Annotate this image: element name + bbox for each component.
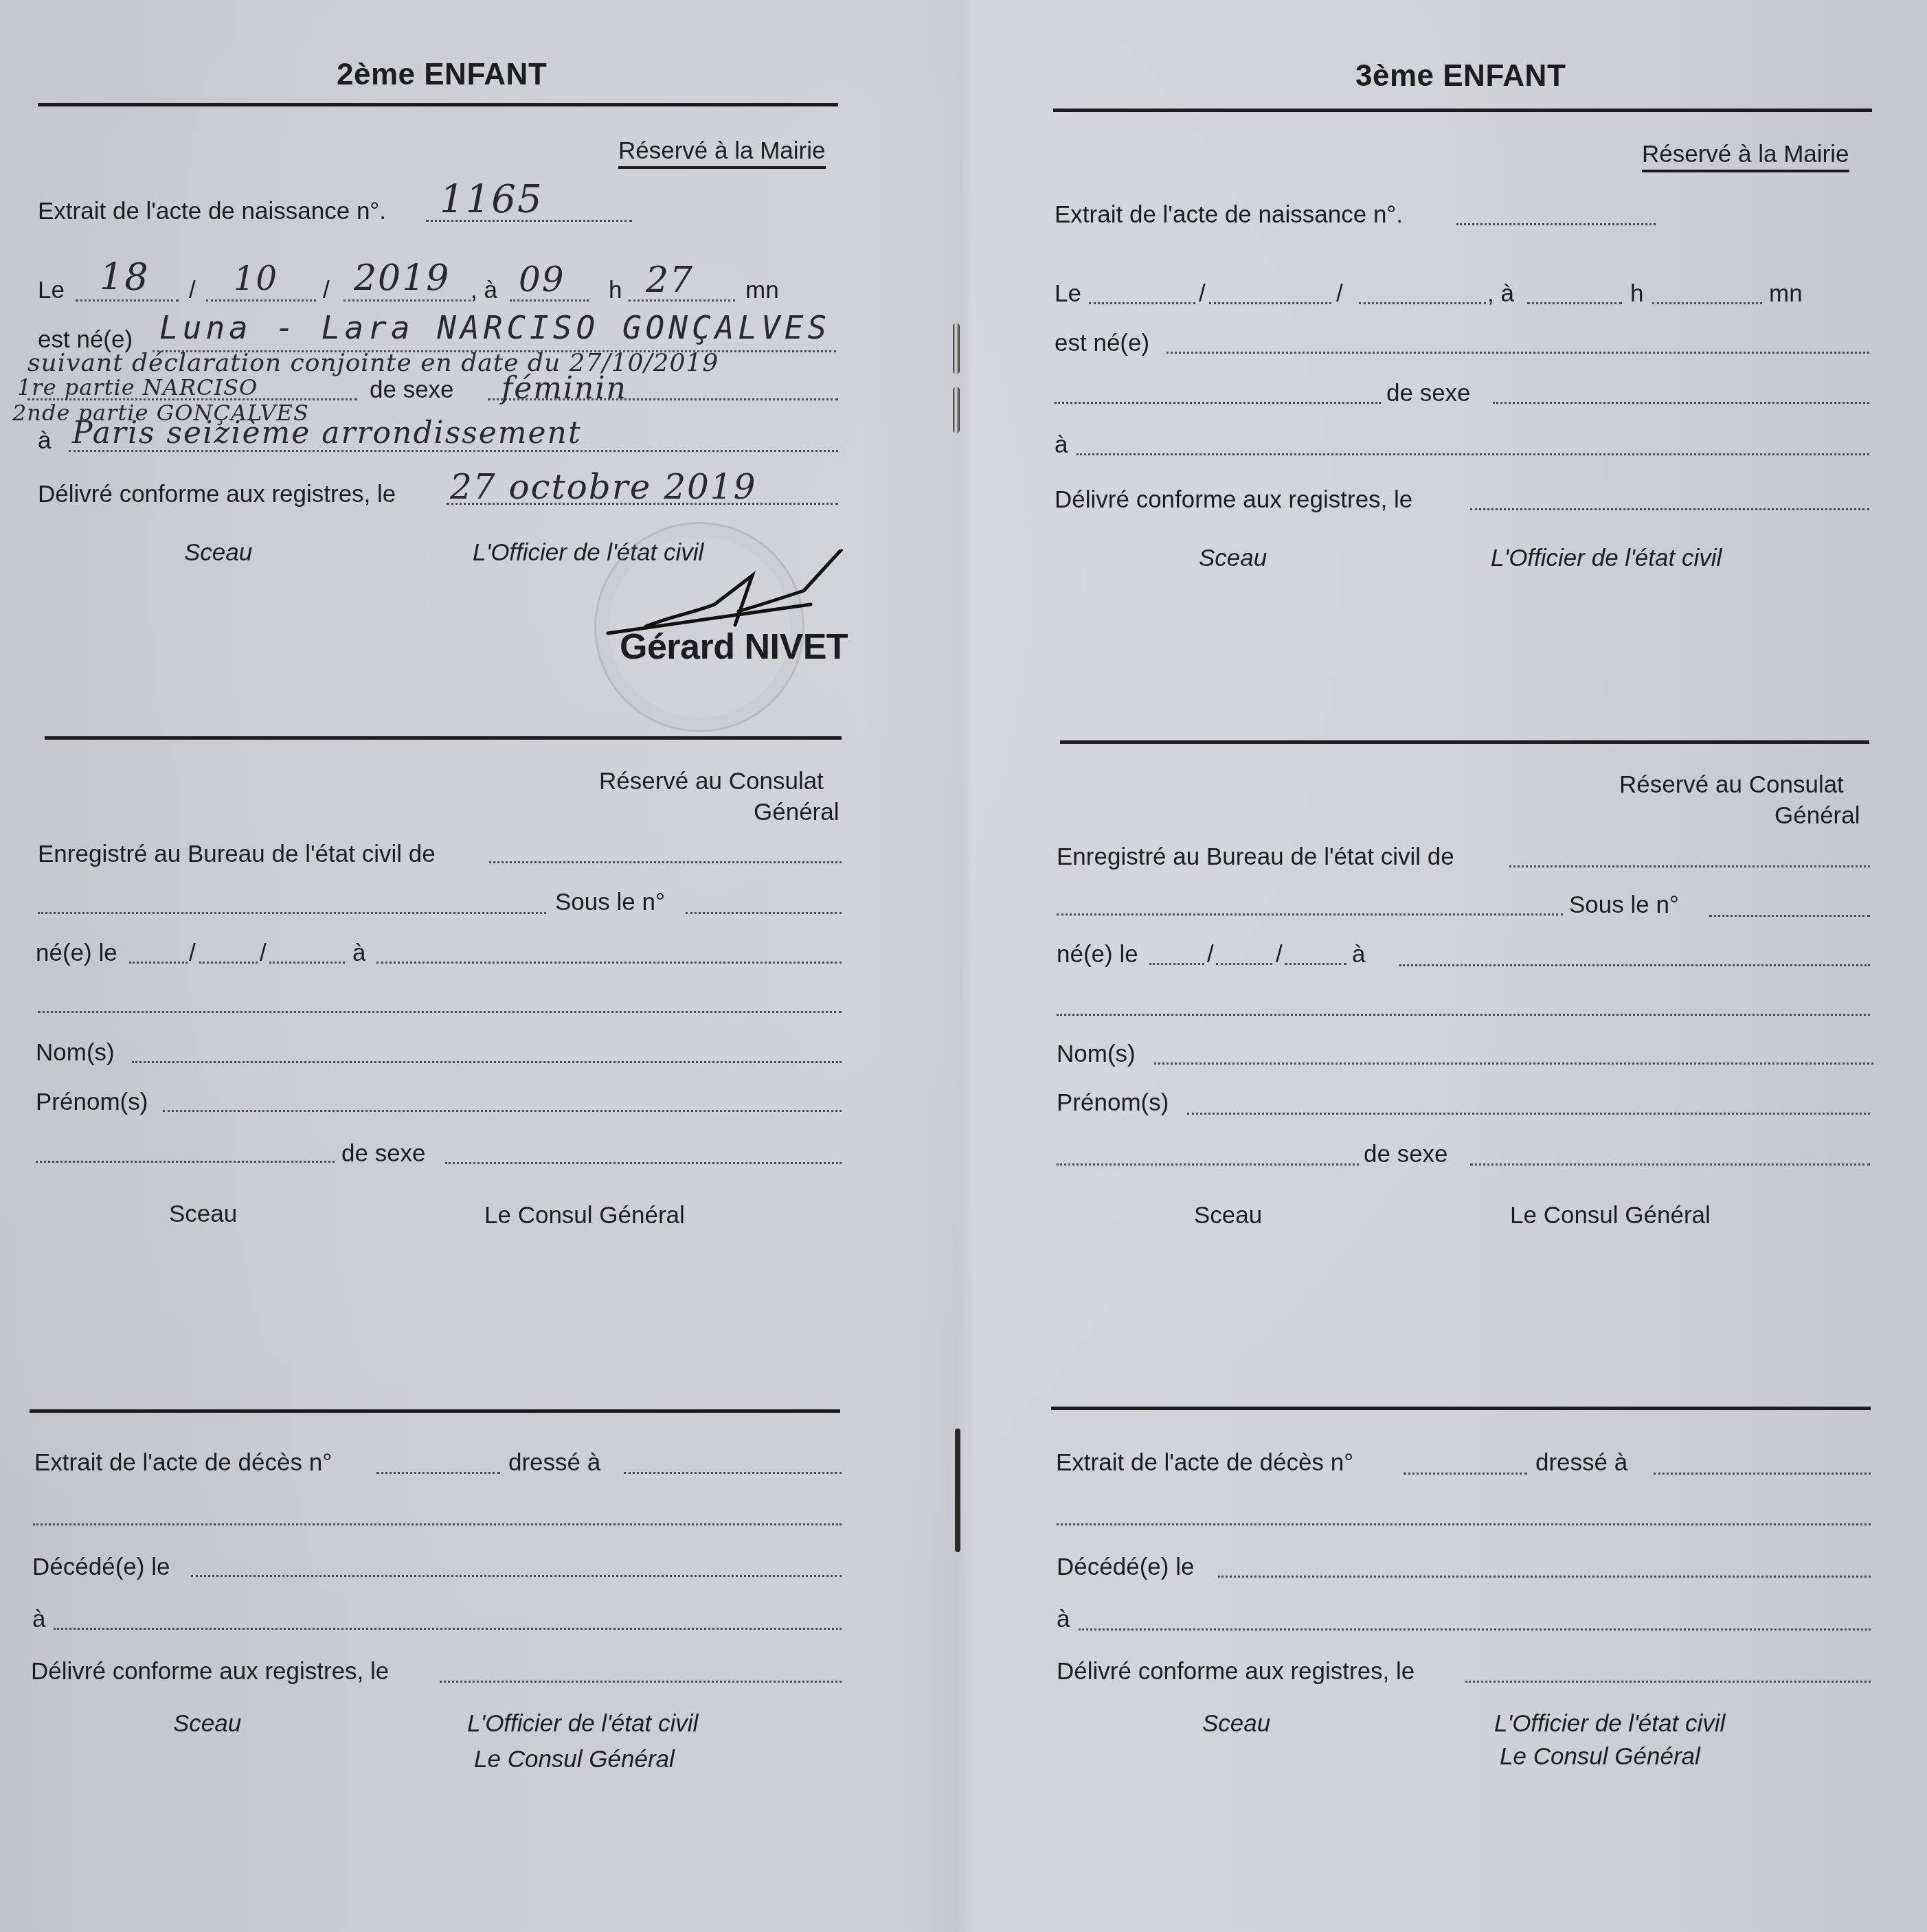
born-place-field-2[interactable]: [38, 1011, 842, 1013]
date-day-value: 18: [100, 255, 150, 299]
death-extract-label: Extrait de l'acte de décès n°: [34, 1449, 332, 1477]
minutes-field[interactable]: [1652, 302, 1762, 304]
date-separator: /: [1336, 280, 1343, 308]
number-label: Sous le n°: [555, 889, 665, 916]
registered-office-field[interactable]: [1509, 865, 1870, 867]
death-extract-label: Extrait de l'acte de décès n°: [1056, 1449, 1353, 1477]
sex-value: féminin: [502, 371, 627, 406]
section-rule: [45, 736, 842, 740]
born-month-field[interactable]: [1216, 963, 1272, 965]
le-label: Le: [1055, 280, 1081, 308]
died-label: Décédé(e) le: [32, 1554, 170, 1581]
seal-label: Sceau: [184, 539, 252, 567]
page-title: 2ème ENFANT: [337, 58, 547, 92]
registered-office-field[interactable]: [489, 861, 842, 863]
date-day-field[interactable]: [76, 299, 179, 302]
consul-label: Le Consul Général: [474, 1746, 675, 1773]
drawn-at-field-2[interactable]: [33, 1523, 842, 1525]
sex-label: de sexe: [341, 1140, 426, 1168]
born-on-label: né(e) le: [36, 940, 117, 967]
date-separator: /: [189, 940, 196, 967]
reserved-consulat-label-2: Général: [1774, 802, 1860, 830]
birth-extract-number: 1165: [440, 177, 543, 222]
delivered-label: Délivré conforme aux registres, le: [1057, 1658, 1415, 1685]
drawn-at-label: dressé à: [1535, 1449, 1627, 1477]
death-place-field[interactable]: [54, 1628, 842, 1630]
sex-field[interactable]: [1493, 402, 1869, 404]
date-separator: /: [1199, 280, 1206, 308]
drawn-at-field-2[interactable]: [1057, 1523, 1871, 1525]
delivered-label: Délivré conforme aux registres, le: [1055, 486, 1412, 514]
date-day-field[interactable]: [1089, 302, 1195, 304]
officer-name: Gérard NIVET: [620, 626, 848, 668]
born-place-field[interactable]: [376, 962, 842, 964]
drawn-at-field[interactable]: [1654, 1473, 1871, 1475]
seal-label: Sceau: [1202, 1710, 1270, 1738]
seal-label: Sceau: [173, 1710, 241, 1738]
h-label: h: [1630, 280, 1643, 308]
born-day-field[interactable]: [129, 962, 188, 964]
name-continuation-field[interactable]: [1055, 402, 1381, 404]
registered-label: Enregistré au Bureau de l'état civil de: [38, 841, 436, 868]
date-year-field[interactable]: [343, 299, 471, 302]
sex-label: de sexe: [1386, 380, 1471, 407]
names-label: Nom(s): [1057, 1041, 1136, 1068]
drawn-at-field[interactable]: [624, 1472, 842, 1474]
consul-label: Le Consul Général: [484, 1202, 685, 1229]
minutes-value: 27: [646, 260, 694, 301]
firstnames-field-2[interactable]: [36, 1161, 335, 1163]
page-title: 3ème ENFANT: [1355, 59, 1566, 93]
officer-label: L'Officier de l'état civil: [1494, 1710, 1725, 1738]
number-label: Sous le n°: [1569, 891, 1679, 919]
reserved-mairie-label: Réservé à la Mairie: [1642, 141, 1849, 172]
birth-extract-label: Extrait de l'acte de naissance n°.: [38, 198, 386, 225]
page-3eme-enfant: 3ème ENFANT Réservé à la Mairie Extrait …: [958, 0, 1927, 1932]
title-rule: [38, 103, 838, 106]
seal-label: Sceau: [169, 1201, 237, 1228]
delivered-date-field[interactable]: [440, 1681, 842, 1683]
born-at-label: à: [1352, 941, 1365, 968]
officer-label: L'Officier de l'état civil: [467, 1710, 698, 1738]
date-month-field[interactable]: [206, 299, 316, 302]
date-month-value: 10: [234, 260, 278, 298]
firstnames-field[interactable]: [1187, 1113, 1870, 1115]
date-separator: /: [1276, 941, 1283, 968]
le-label: Le: [38, 277, 65, 304]
place-at-label: à: [38, 427, 51, 455]
firstnames-label: Prénom(s): [36, 1089, 148, 1116]
death-place-field[interactable]: [1079, 1628, 1871, 1630]
page-2eme-enfant: 2ème ENFANT Réservé à la Mairie Extrait …: [0, 0, 958, 1932]
reserved-consulat-label-2: Général: [754, 799, 839, 826]
date-separator: /: [1207, 941, 1214, 968]
birth-extract-field[interactable]: [1456, 223, 1656, 225]
date-month-field[interactable]: [1209, 302, 1331, 304]
firstnames-label: Prénom(s): [1057, 1089, 1169, 1117]
child-name-value: Luna - Lara NARCISO GONÇALVES: [159, 309, 831, 346]
death-place-label: à: [1057, 1606, 1070, 1633]
hour-field[interactable]: [1527, 302, 1622, 304]
firstnames-field-2[interactable]: [1057, 1163, 1359, 1166]
h-label: h: [609, 277, 622, 304]
born-day-field[interactable]: [1149, 963, 1204, 965]
born-month-field[interactable]: [199, 962, 258, 964]
born-place-field-2[interactable]: [1057, 1014, 1870, 1016]
mn-label: mn: [745, 277, 779, 304]
birth-extract-label: Extrait de l'acte de naissance n°.: [1055, 201, 1403, 229]
place-at-label: à: [1055, 431, 1068, 459]
number-field[interactable]: [686, 912, 842, 914]
born-on-label: né(e) le: [1057, 941, 1138, 968]
hour-value: 09: [519, 260, 565, 299]
sex-field[interactable]: [445, 1162, 842, 1164]
date-year-field[interactable]: [1359, 302, 1486, 304]
sex-label: de sexe: [370, 376, 454, 404]
delivered-date-field[interactable]: [1470, 508, 1869, 510]
sex-label: de sexe: [1364, 1141, 1448, 1168]
seal-label: Sceau: [1199, 545, 1267, 572]
death-place-label: à: [32, 1606, 45, 1633]
sex-field[interactable]: [1470, 1163, 1870, 1166]
section-rule: [30, 1409, 840, 1413]
born-year-field[interactable]: [269, 962, 345, 964]
place-field[interactable]: [1077, 453, 1869, 455]
time-at-label: , à: [1487, 280, 1514, 308]
number-field[interactable]: [1709, 915, 1870, 917]
child-name-field[interactable]: [1167, 352, 1869, 354]
date-year-value: 2019: [354, 258, 450, 299]
consul-label: Le Consul Général: [1510, 1202, 1711, 1229]
place-value: Paris seizième arrondissement: [72, 416, 582, 451]
date-separator: /: [323, 277, 330, 304]
consul-label: Le Consul Général: [1500, 1743, 1700, 1771]
handwritten-note-line: 1re partie NARCISO: [17, 374, 258, 400]
hour-field[interactable]: [510, 299, 589, 302]
delivered-label: Délivré conforme aux registres, le: [38, 481, 396, 508]
time-at-label: , à: [471, 277, 497, 304]
firstnames-field[interactable]: [163, 1110, 842, 1112]
registered-office-field-2[interactable]: [38, 912, 546, 914]
mn-label: mn: [1769, 280, 1803, 308]
died-date-field[interactable]: [1218, 1576, 1871, 1578]
delivered-date-value: 27 octobre 2019: [450, 467, 756, 507]
names-label: Nom(s): [36, 1039, 115, 1067]
delivered-date-field[interactable]: [1465, 1681, 1871, 1683]
registered-office-field-2[interactable]: [1057, 913, 1563, 916]
officer-label: L'Officier de l'état civil: [1491, 545, 1722, 572]
delivered-label: Délivré conforme aux registres, le: [31, 1658, 389, 1685]
title-rule: [1053, 109, 1872, 112]
seal-label: Sceau: [1194, 1202, 1262, 1229]
livret-de-famille-spread: 2ème ENFANT Réservé à la Mairie Extrait …: [0, 0, 1927, 1932]
died-date-field[interactable]: [191, 1575, 842, 1577]
died-label: Décédé(e) le: [1057, 1554, 1194, 1581]
date-separator: /: [189, 277, 196, 304]
born-place-field[interactable]: [1399, 964, 1870, 966]
born-year-field[interactable]: [1285, 963, 1346, 965]
section-rule: [1060, 740, 1869, 744]
reserved-consulat-label: Réservé au Consulat: [1619, 771, 1844, 799]
registered-label: Enregistré au Bureau de l'état civil de: [1057, 843, 1454, 871]
names-field[interactable]: [1154, 1062, 1873, 1065]
section-rule: [1051, 1407, 1871, 1410]
date-separator: /: [260, 940, 267, 967]
reserved-consulat-label: Réservé au Consulat: [599, 768, 824, 795]
born-at-label: à: [352, 940, 365, 967]
drawn-at-label: dressé à: [508, 1449, 600, 1477]
names-field[interactable]: [132, 1061, 842, 1063]
reserved-mairie-label: Réservé à la Mairie: [618, 137, 826, 169]
death-extract-number-field[interactable]: [376, 1472, 500, 1474]
death-extract-number-field[interactable]: [1404, 1473, 1527, 1475]
born-label: est né(e): [1055, 330, 1149, 357]
